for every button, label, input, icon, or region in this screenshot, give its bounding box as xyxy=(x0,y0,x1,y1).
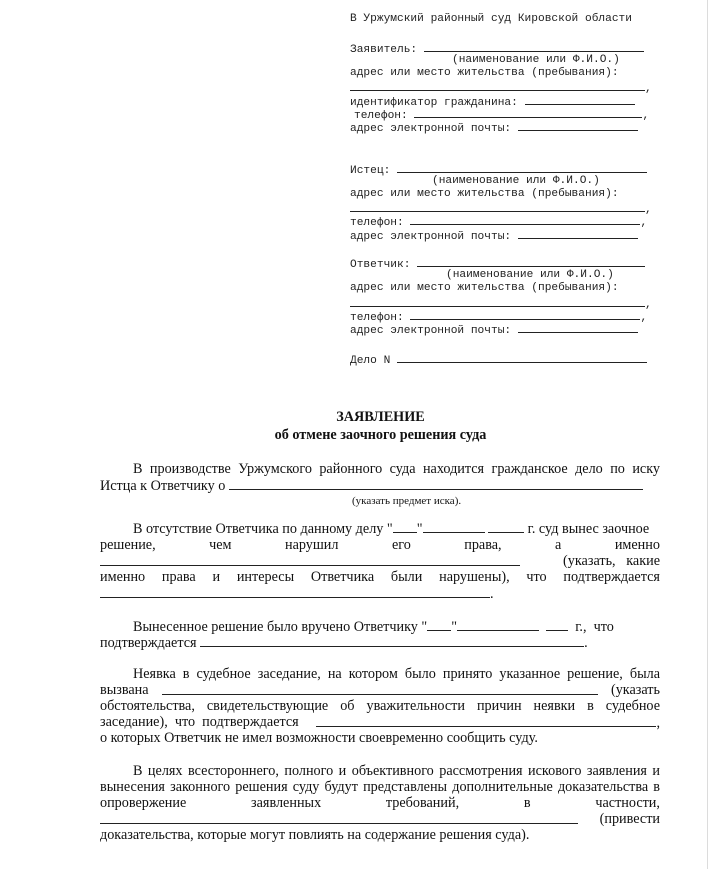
p4-line3: обстоятельства, свидетельствующие об ува… xyxy=(100,698,660,714)
p2-text-a: В отсутствие Ответчика по данному делу " xyxy=(133,521,393,537)
word: Ответчика xyxy=(311,569,374,585)
word: решение, xyxy=(100,537,156,553)
p5-line1: В целях всестороннего, полного и объекти… xyxy=(100,763,660,779)
p4-line5: о которых Ответчик не имел возможности с… xyxy=(100,730,660,746)
case-number-row: Дело N xyxy=(350,352,647,368)
word: нарушил xyxy=(285,537,339,553)
defendant-label: Ответчик: xyxy=(350,259,410,271)
word: чем xyxy=(209,537,231,553)
p2-line4: именноправаиинтересыОтветчикабылинарушен… xyxy=(100,569,660,585)
applicant-address-field[interactable] xyxy=(350,80,645,91)
applicant-name-hint: (наименование или Ф.И.О.) xyxy=(452,54,620,67)
document-title: ЗАЯВЛЕНИЕ xyxy=(0,409,709,426)
defendant-address-label: адрес или место жительства (пребывания): xyxy=(350,282,619,295)
p5-line5: доказательства, которые могут повлиять н… xyxy=(100,827,660,843)
service-month-field[interactable] xyxy=(457,618,539,631)
plaintiff-phone-field[interactable] xyxy=(410,214,640,225)
absence-evidence-field[interactable] xyxy=(316,714,656,727)
service-day-field[interactable] xyxy=(427,618,451,631)
case-number-label: Дело N xyxy=(350,355,390,367)
document-subtitle: об отмене заочного решения суда xyxy=(0,427,709,444)
absence-reason-field[interactable] xyxy=(162,682,598,695)
p4-line2: вызвана(указать xyxy=(100,682,660,698)
word: были xyxy=(391,569,422,585)
plaintiff-email-label: адрес электронной почты: xyxy=(350,231,511,243)
service-evidence-field[interactable] xyxy=(200,634,584,647)
word: заявленных xyxy=(251,795,321,811)
p4-line4-text: заседание), что подтверждается xyxy=(100,714,299,731)
word: и xyxy=(212,569,220,585)
judgment-month-field[interactable] xyxy=(423,520,485,533)
claim-subject-field[interactable] xyxy=(229,477,643,490)
p5-line3: опровержениезаявленныхтребований,вчастно… xyxy=(100,795,660,811)
word: опровержение xyxy=(100,795,186,811)
p3-line2-end: . xyxy=(584,635,588,651)
p3-line2-text: подтверждается xyxy=(100,635,197,651)
violation-evidence-field[interactable] xyxy=(100,585,490,598)
word: интересы xyxy=(237,569,294,585)
plaintiff-email-row: адрес электронной почты: xyxy=(350,228,638,244)
additional-evidence-field[interactable] xyxy=(100,811,578,824)
p5-line2: вынесения законного решения суду будут п… xyxy=(100,779,660,795)
defendant-email-field[interactable] xyxy=(518,322,638,333)
p2-text-c: г. суд вынес заочное xyxy=(528,521,650,537)
p2-line3: (указать, какие xyxy=(100,553,660,569)
defendant-email-row: адрес электронной почты: xyxy=(350,322,638,338)
word: частности, xyxy=(595,795,660,811)
applicant-label: Заявитель: xyxy=(350,44,417,56)
word: в xyxy=(524,795,531,811)
p2-line3-hint: (указать, какие xyxy=(563,553,660,569)
applicant-phone-field[interactable] xyxy=(414,107,642,118)
p4-line4-end: , xyxy=(656,715,660,731)
p4-line1: Неявка в судебное заседание, на котором … xyxy=(100,666,660,682)
word: требований, xyxy=(386,795,459,811)
p4-line2-text: вызвана xyxy=(100,682,149,698)
plaintiff-address-label: адрес или место жительства (пребывания): xyxy=(350,188,619,201)
plaintiff-address-field[interactable] xyxy=(350,201,645,212)
plaintiff-name-hint: (наименование или Ф.И.О.) xyxy=(432,175,600,188)
p4-line4: заседание), что подтверждается, xyxy=(100,714,660,731)
applicant-id-field[interactable] xyxy=(525,94,635,105)
p1-line2-text: Истца к Ответчику о xyxy=(100,478,225,494)
p2-line5: . xyxy=(100,585,660,602)
p2-line5-end: . xyxy=(490,586,494,602)
word: что xyxy=(526,569,546,585)
violated-rights-field[interactable] xyxy=(100,553,520,566)
plaintiff-email-field[interactable] xyxy=(518,228,638,239)
p5-line4-hint: (привести xyxy=(600,811,660,827)
defendant-name-hint: (наименование или Ф.И.О.) xyxy=(446,269,614,282)
addressee: В Уржумский районный суд Кировской облас… xyxy=(350,13,632,26)
defendant-address-field[interactable] xyxy=(350,296,645,307)
defendant-name-field[interactable] xyxy=(417,256,645,267)
judgment-year-field[interactable] xyxy=(488,520,524,533)
case-number-field[interactable] xyxy=(397,352,647,363)
p3-text-c: г., что xyxy=(575,619,614,635)
p4-line2-hint: (указать xyxy=(611,682,660,698)
judgment-day-field[interactable] xyxy=(393,520,417,533)
word: права xyxy=(162,569,196,585)
word: а xyxy=(555,537,561,553)
p2-line1: В отсутствие Ответчика по данному делу "… xyxy=(100,520,660,537)
claim-subject-hint: (указать предмет иска). xyxy=(352,493,461,509)
word: нарушены), xyxy=(439,569,510,585)
service-year-field[interactable] xyxy=(546,618,568,631)
applicant-address-label: адрес или место жительства (пребывания): xyxy=(350,67,619,80)
word: подтверждается xyxy=(563,569,660,585)
p3-line1: Вынесенное решение было вручено Ответчик… xyxy=(100,618,660,635)
applicant-email-row: адрес электронной почты: xyxy=(350,120,638,136)
defendant-phone-field[interactable] xyxy=(410,309,640,320)
plaintiff-label: Истец: xyxy=(350,165,390,177)
word: права, xyxy=(464,537,501,553)
word: именно xyxy=(615,537,660,553)
applicant-name-field[interactable] xyxy=(424,41,644,52)
p2-line2: решение,чемнарушилегоправа,аименно xyxy=(100,537,660,553)
applicant-email-field[interactable] xyxy=(518,120,638,131)
defendant-email-label: адрес электронной почты: xyxy=(350,325,511,337)
p5-line4: (привести xyxy=(100,811,660,827)
p1-line1: В производстве Уржумского районного суда… xyxy=(100,461,660,477)
p3-line2: подтверждается . xyxy=(100,634,660,651)
applicant-email-label: адрес электронной почты: xyxy=(350,123,511,135)
p1-line2: Истца к Ответчику о xyxy=(100,477,660,494)
word: его xyxy=(392,537,411,553)
plaintiff-name-field[interactable] xyxy=(397,162,647,173)
p3-text-a: Вынесенное решение было вручено Ответчик… xyxy=(133,619,427,635)
word: именно xyxy=(100,569,145,585)
